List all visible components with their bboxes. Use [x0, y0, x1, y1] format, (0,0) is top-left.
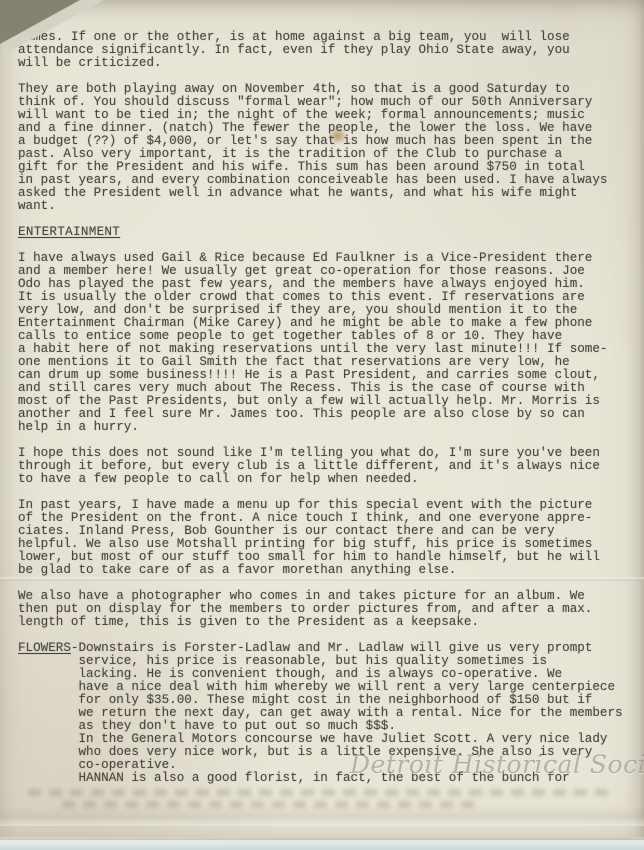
heading-entertainment: ENTERTAINMENT: [18, 226, 634, 239]
bleed-through-marks: [28, 789, 614, 796]
paragraph-gail-and-rice: I have always used Gail & Rice because E…: [18, 252, 634, 434]
paragraph-games: games. If one or the other, is at home a…: [18, 31, 634, 70]
watermark-text: Detroit Historical Society: [350, 750, 644, 779]
paragraph-photographer: We also have a photographer who comes in…: [18, 590, 634, 629]
paragraph-telling-you-what-do: I hope this does not sound like I'm tell…: [18, 447, 634, 486]
hanging-label: FLOWERS: [18, 641, 71, 655]
fold-crease-upper: [0, 577, 644, 581]
heading-text: ENTERTAINMENT: [18, 225, 120, 239]
paragraph-november-4th: They are both playing away on November 4…: [18, 83, 634, 213]
document-text: games. If one or the other, is at home a…: [18, 31, 634, 798]
paragraph-menu-printing: In past years, I have made a menu up for…: [18, 499, 634, 577]
paper-sheet: games. If one or the other, is at home a…: [0, 0, 644, 837]
fold-crease-lower: [0, 806, 644, 826]
